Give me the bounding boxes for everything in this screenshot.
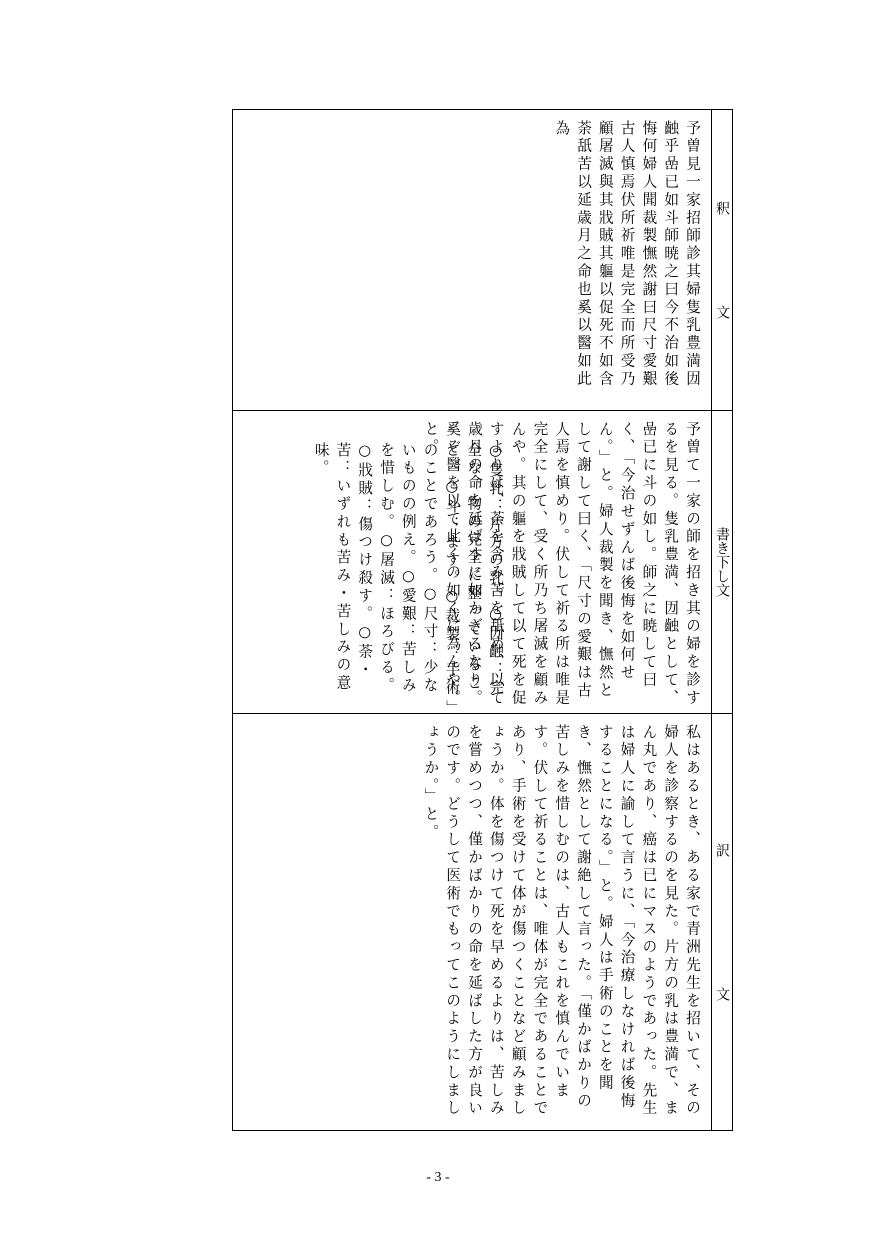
original-text: 予曽見一家招師診其婦隻乳豊満㘞䶚乎嵒已如斗師暁之曰今不治如後悔何婦人聞裁製憮然謝… — [550, 120, 703, 405]
row-kakikudashi: 予曽て一家の師を招き其の婦を診するを見る。隻乳豊満、㘞䶚として、嵒已に斗の如し。… — [233, 411, 732, 714]
original-text-cell: 予曽見一家招師診其婦隻乳豊満㘞䶚乎嵒已如斗師暁之曰今不治如後悔何婦人聞裁製憮然謝… — [233, 110, 711, 410]
label-text: 書き下し文 — [712, 527, 732, 597]
label-original-text: 釈 文 — [711, 110, 732, 410]
label-char: 文 — [712, 305, 732, 319]
kakikudashi-cell: 予曽て一家の師を招き其の婦を診するを見る。隻乳豊満、㘞䶚として、嵒已に斗の如し。… — [233, 411, 711, 713]
document-table: 予曽見一家招師診其婦隻乳豊満㘞䶚乎嵒已如斗師暁之曰今不治如後悔何婦人聞裁製憮然謝… — [232, 109, 733, 1131]
glossary-notes: ○隻乳：片方の乳。○㘞䶚：完全な。物の完全に整っていること。○斗：ます。○裁製：… — [310, 442, 506, 707]
label-char: 訳 — [712, 843, 732, 857]
translation-text: 私はあるとき、ある家で青洲先生を招いて、その婦人を診察するのを見た。片方の乳は豊… — [420, 724, 703, 1124]
row-translation: 私はあるとき、ある家で青洲先生を招いて、その婦人を診察するのを見た。片方の乳は豊… — [233, 714, 732, 1130]
label-translation: 訳 文 — [711, 714, 732, 1130]
translation-cell: 私はあるとき、ある家で青洲先生を招いて、その婦人を診察するのを見た。片方の乳は豊… — [233, 714, 711, 1130]
label-kakikudashi: 書き下し文 — [711, 411, 732, 713]
row-original-text: 予曽見一家招師診其婦隻乳豊満㘞䶚乎嵒已如斗師暁之曰今不治如後悔何婦人聞裁製憮然謝… — [233, 110, 732, 411]
label-char: 文 — [712, 987, 732, 1001]
label-char: 釈 — [712, 201, 732, 215]
page-number: - 3 - — [0, 1170, 876, 1186]
